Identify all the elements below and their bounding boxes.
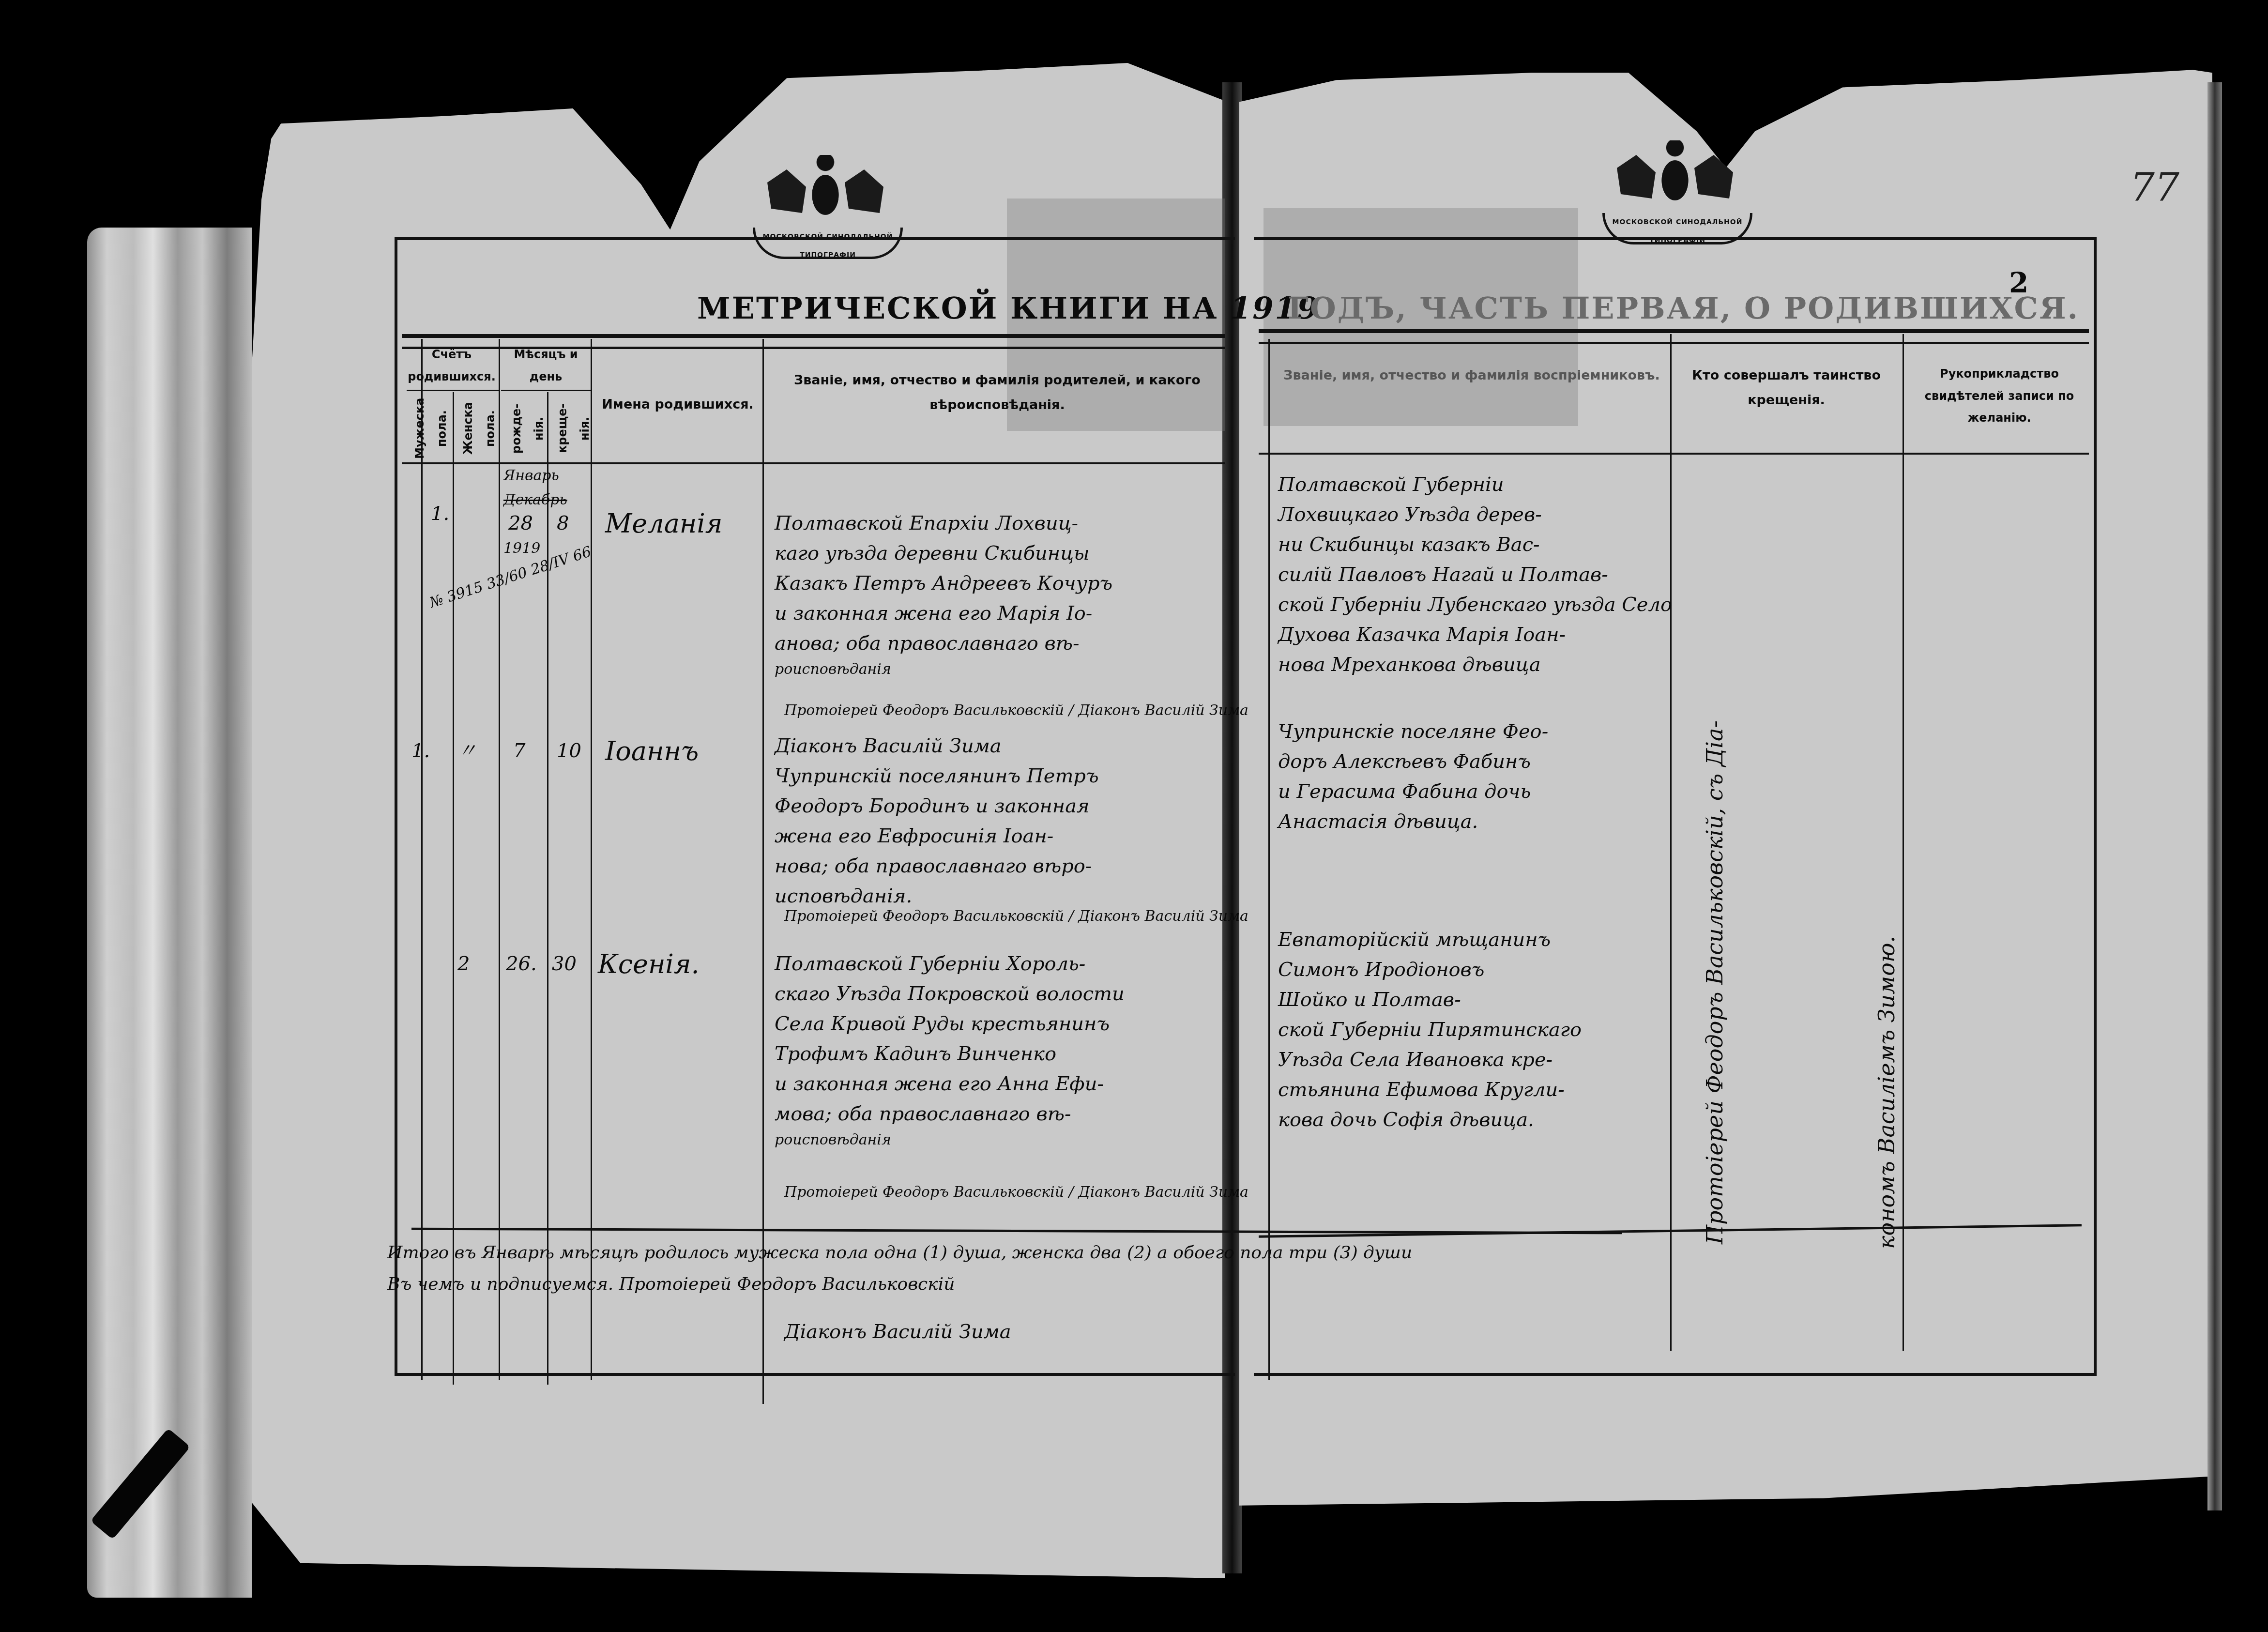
header-bottom-rule-left xyxy=(402,462,1225,464)
header-witness-signatures: Рукоприкладство свидѣтелей записи по жел… xyxy=(1907,363,2091,429)
col-line xyxy=(453,392,454,1385)
header-parents: Званіе, имя, отчество и фамилія родителе… xyxy=(770,368,1225,418)
double-headed-eagle-icon xyxy=(799,155,852,228)
register-title-left: МЕТРИЧЕСКОЙ КНИГИ НА 1919 xyxy=(697,290,1320,326)
header-date-group: Мѣсяцъ и день xyxy=(501,344,591,388)
subheader-rule xyxy=(501,390,591,391)
right-page-edge xyxy=(2207,82,2222,1510)
birth-day: 7 xyxy=(513,736,525,766)
imperial-eagle-emblem-right: МОСКОВСКОЙ СИНОДАЛЬНОЙ ТИПОГРАФІИ xyxy=(1602,140,1748,252)
summary-attestation: Въ чемъ и подписуемся. Протоіерей Феодор… xyxy=(387,1271,955,1298)
header-bottom-rule-right xyxy=(1259,453,2089,455)
col-line xyxy=(547,392,548,1385)
godparents-entry: Евпаторійскій мѣщанинъ Симонъ Иродіоновъ… xyxy=(1278,925,1582,1135)
header-count-male: Мужеска пола. xyxy=(409,397,453,460)
header-names: Имена родившихся. xyxy=(593,392,762,417)
birth-day: 26. xyxy=(506,949,537,979)
header-birth-date: рожде-нія. xyxy=(506,397,550,460)
godparents-entry: Чупринскіе поселяне Фео- доръ Алексѣевъ … xyxy=(1278,717,1548,837)
male-count: 1. xyxy=(411,736,430,766)
month: Январь xyxy=(503,465,559,488)
col-line xyxy=(421,339,423,1380)
female-count: 1. xyxy=(431,499,449,529)
baptism-day: 8 xyxy=(557,508,569,538)
col-line xyxy=(591,339,592,1380)
child-name: Меланія xyxy=(605,503,722,544)
page-stack-edge xyxy=(87,228,252,1598)
clergy-signature: Протоіерей Феодоръ Васильковскій / Діако… xyxy=(784,905,1248,928)
clergy-signature: Протоіерей Феодоръ Васильковскій / Діако… xyxy=(784,1181,1248,1204)
col-line xyxy=(1268,339,1270,1380)
birth-year-note: 1919 xyxy=(503,537,540,560)
col-line xyxy=(1903,334,1904,1351)
child-name: Ксенія. xyxy=(598,944,700,985)
header-count-group: Счётъ родившихся. xyxy=(406,344,498,388)
clergy-signature: Протоіерей Феодоръ Васильковскій / Діако… xyxy=(784,700,1248,722)
parents-entry: Полтавской Губерніи Хороль- скаго Уѣзда … xyxy=(775,949,1125,1152)
officiant-deacon: кономъ Василіемъ Зимою. xyxy=(1873,717,1900,1249)
header-count-female: Женска пола. xyxy=(457,397,502,460)
parents-entry: Полтавской Епархіи Лохвиц- каго уѣзда де… xyxy=(775,508,1112,681)
header-officiant: Кто совершалъ таинство крещенія. xyxy=(1675,363,1898,413)
header-top-rule-right xyxy=(1259,329,2089,344)
header-godparents: Званіе, имя, отчество и фамилія воспріем… xyxy=(1278,363,1665,388)
col-line xyxy=(499,339,500,1380)
register-title-right: ГОДЪ, ЧАСТЬ ПЕРВАЯ, О РОДИВШИХСЯ. xyxy=(1288,290,2079,326)
subheader-rule xyxy=(407,390,499,391)
birth-day: 28 xyxy=(508,508,533,538)
godparents-entry: Полтавской Губерніи Лохвицкаго Уѣзда дер… xyxy=(1278,470,1672,680)
officiant-priest: Протоіерей Феодоръ Васильковскій, съ Діа… xyxy=(1702,460,1728,1244)
summary-signature: Діаконъ Василій Зима xyxy=(784,1317,1011,1347)
folio-number: 77 xyxy=(2130,165,2179,210)
page-number: 2 xyxy=(2009,266,2028,299)
child-name: Іоаннъ xyxy=(605,731,699,772)
baptism-day: 10 xyxy=(557,736,581,766)
female-count: 2 xyxy=(457,949,470,979)
parents-entry: Діаконъ Василій Зима Чупринскій поселяни… xyxy=(775,731,1099,911)
header-baptism-date: креще-нія. xyxy=(552,397,596,460)
female-count: 〃 xyxy=(457,736,477,766)
double-headed-eagle-icon xyxy=(1648,140,1702,213)
baptism-day: 30 xyxy=(552,949,577,979)
month-summary: Итого въ Январѣ мѣсяцѣ родилось мужеска … xyxy=(387,1239,1412,1266)
